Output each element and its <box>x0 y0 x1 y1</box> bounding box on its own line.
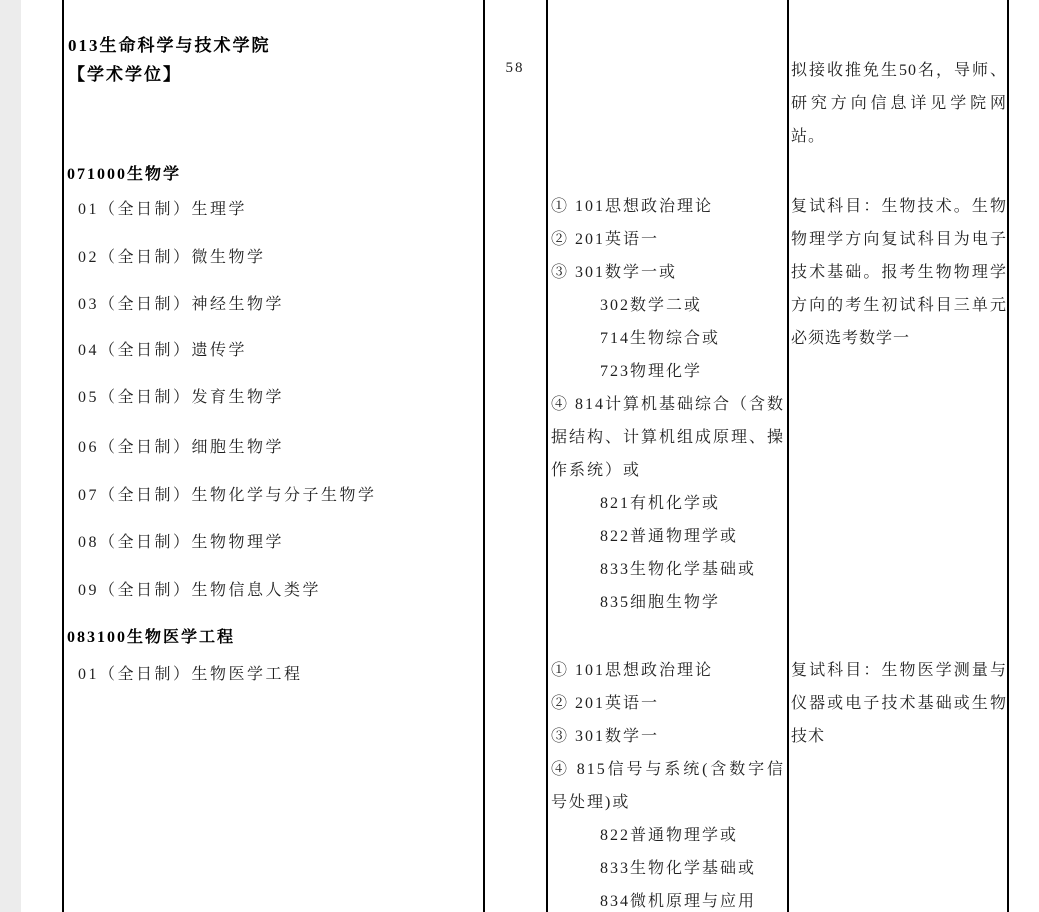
exam-subject-line: ③ 301数学一或 <box>551 256 785 289</box>
research-direction: 01（全日制）生理学 <box>78 196 247 219</box>
exam-subject-line: ④ 815信号与系统(含数字信号处理)或 <box>551 753 785 819</box>
table-border-left <box>62 0 64 912</box>
exam-subject-line: ④ 814计算机基础综合（含数据结构、计算机组成原理、操作系统）或 <box>551 388 785 487</box>
exam-subject-option: 714生物综合或 <box>551 322 785 355</box>
research-direction: 06（全日制）细胞生物学 <box>78 434 284 457</box>
table-border-col1-col2 <box>483 0 485 912</box>
exam-subjects-block-071000: ① 101思想政治理论 ② 201英语一 ③ 301数学一或 302数学二或 7… <box>551 190 785 619</box>
table-border-right <box>1007 0 1009 912</box>
exam-subject-option: 822普通物理学或 <box>551 520 785 553</box>
exam-subject-line: ③ 301数学一 <box>551 720 785 753</box>
remarks-program-071000: 复试科目：生物技术。生物物理学方向复试科目为电子技术基础。报考生物物理学方向的考… <box>791 190 1007 355</box>
remarks-enrollment-note: 拟接收推免生50名，导师、研究方向信息详见学院网站。 <box>791 54 1007 153</box>
research-direction: 05（全日制）发育生物学 <box>78 384 284 407</box>
exam-subject-line: ② 201英语一 <box>551 687 785 720</box>
exam-subject-line: ① 101思想政治理论 <box>551 190 785 223</box>
exam-subject-option: 822普通物理学或 <box>551 819 785 852</box>
remarks-program-083100: 复试科目：生物医学测量与仪器或电子技术基础或生物技术 <box>791 654 1007 753</box>
research-direction: 07（全日制）生物化学与分子生物学 <box>78 482 377 505</box>
program-code-083100: 083100生物医学工程 <box>67 624 235 647</box>
degree-category-label: 【学术学位】 <box>68 60 182 85</box>
research-direction: 08（全日制）生物物理学 <box>78 529 284 552</box>
admissions-catalog-page: 013生命科学与技术学院 【学术学位】 071000生物学 01（全日制）生理学… <box>0 0 1039 912</box>
page-margin-gutter <box>0 0 21 912</box>
exam-subject-option: 833生物化学基础或 <box>551 852 785 885</box>
exam-subject-option: 835细胞生物学 <box>551 586 785 619</box>
program-code-071000: 071000生物学 <box>67 161 181 184</box>
enrollment-quota: 58 <box>483 60 547 77</box>
table-border-col2-col3 <box>546 0 548 912</box>
exam-subjects-block-083100: ① 101思想政治理论 ② 201英语一 ③ 301数学一 ④ 815信号与系统… <box>551 654 785 912</box>
exam-subject-option: 834微机原理与应用 <box>551 885 785 912</box>
research-direction: 01（全日制）生物医学工程 <box>78 661 303 684</box>
research-direction: 04（全日制）遗传学 <box>78 337 247 360</box>
research-direction: 02（全日制）微生物学 <box>78 244 266 267</box>
department-title: 013生命科学与技术学院 <box>68 31 271 56</box>
exam-subject-option: 833生物化学基础或 <box>551 553 785 586</box>
exam-subject-option: 302数学二或 <box>551 289 785 322</box>
table-border-col3-col4 <box>787 0 789 912</box>
exam-subject-option: 723物理化学 <box>551 355 785 388</box>
research-direction: 03（全日制）神经生物学 <box>78 291 284 314</box>
exam-subject-line: ① 101思想政治理论 <box>551 654 785 687</box>
research-direction: 09（全日制）生物信息人类学 <box>78 577 321 600</box>
exam-subject-line: ② 201英语一 <box>551 223 785 256</box>
exam-subject-option: 821有机化学或 <box>551 487 785 520</box>
